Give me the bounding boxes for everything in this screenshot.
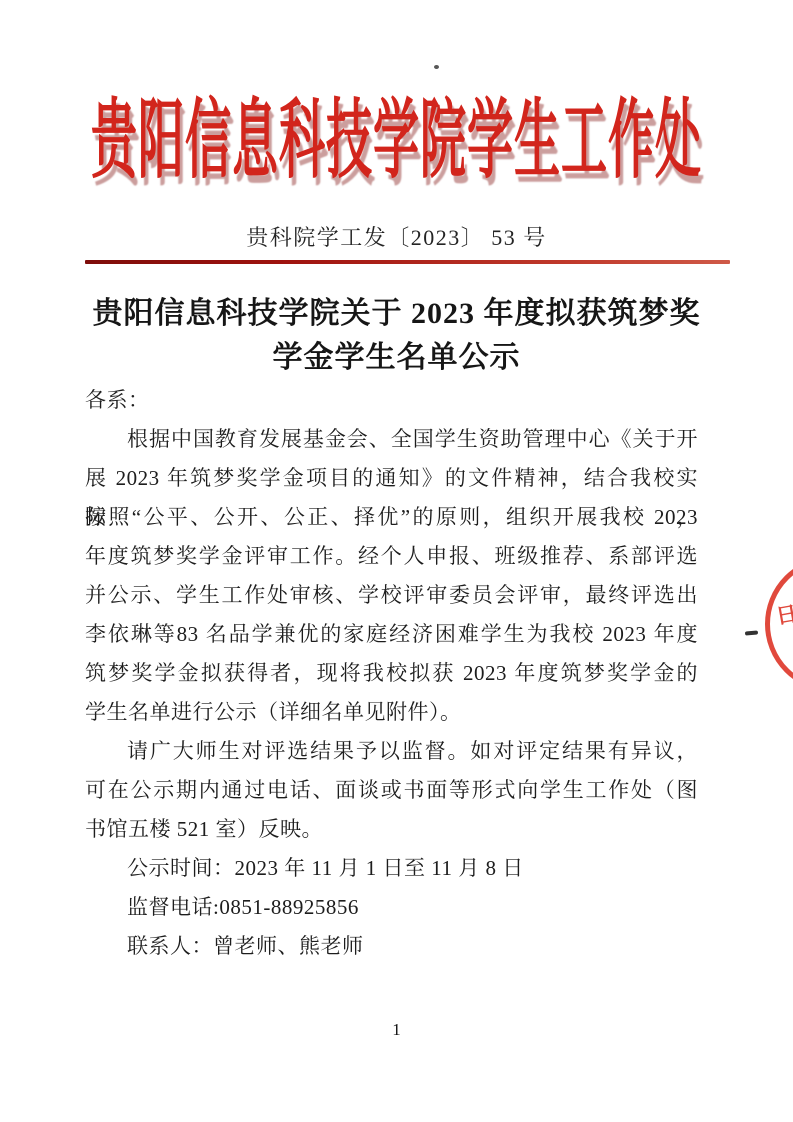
body-line: 筑梦奖学金拟获得者，现将我校拟获 2023 年度筑梦奖学金的 — [85, 654, 698, 693]
scan-mark-dash — [745, 630, 758, 635]
body-line-salutation: 各系： — [85, 381, 698, 420]
page-number: 1 — [0, 1020, 793, 1040]
body-line: 年度筑梦奖学金评审工作。经个人申报、班级推荐、系部评选 — [85, 537, 698, 576]
letterhead-title: 贵阳信息科技学院学生工作处 — [91, 96, 702, 186]
letterhead: 贵阳信息科技学院学生工作处 — [0, 96, 793, 144]
document-body: 各系： 根据中国教育发展基金会、全国学生资助管理中心《关于开 展 2023 年筑… — [85, 381, 698, 966]
body-line: 展 2023 年筑梦奖学金项目的通知》的文件精神，结合我校实际， — [85, 459, 698, 498]
scan-speck — [434, 65, 439, 69]
body-line: 学生名单进行公示（详细名单见附件）。 — [85, 693, 698, 732]
document-page: 贵阳信息科技学院学生工作处 贵科院学工发〔2023〕 53 号 贵阳信息科技学院… — [0, 0, 793, 1122]
body-line-supervision-phone: 监督电话:0851-88925856 — [85, 888, 698, 927]
body-line-publicity-period: 公示时间：2023 年 11 月 1 日至 11 月 8 日 — [85, 849, 698, 888]
document-title: 贵阳信息科技学院关于 2023 年度拟获筑梦奖 学金学生名单公示 — [0, 292, 793, 380]
document-number: 贵科院学工发〔2023〕 53 号 — [0, 221, 793, 252]
body-line: 书馆五楼 521 室）反映。 — [85, 810, 698, 849]
body-line: 可在公示期内通过电话、面谈或书面等形式向学生工作处（图 — [85, 771, 698, 810]
letterhead-divider-rule — [85, 260, 730, 264]
body-line: 李依琳等83 名品学兼优的家庭经济困难学生为我校 2023 年度 — [85, 615, 698, 654]
body-line: 并公示、学生工作处审核、学校评审委员会评审，最终评选出 — [85, 576, 698, 615]
body-line-contact-persons: 联系人：曾老师、熊老师 — [85, 927, 698, 966]
body-line: 请广大师生对评选结果予以监督。如对评定结果有异议， — [85, 732, 698, 771]
official-seal-partial: 日 — [765, 556, 793, 692]
document-title-line-1: 贵阳信息科技学院关于 2023 年度拟获筑梦奖 — [0, 292, 793, 336]
document-title-line-2: 学金学生名单公示 — [0, 336, 793, 380]
body-line: 按照“公平、公开、公正、择优”的原则，组织开展我校 2023 — [85, 498, 698, 537]
body-line: 根据中国教育发展基金会、全国学生资助管理中心《关于开 — [85, 420, 698, 459]
seal-character-fragment: 日 — [774, 597, 793, 630]
